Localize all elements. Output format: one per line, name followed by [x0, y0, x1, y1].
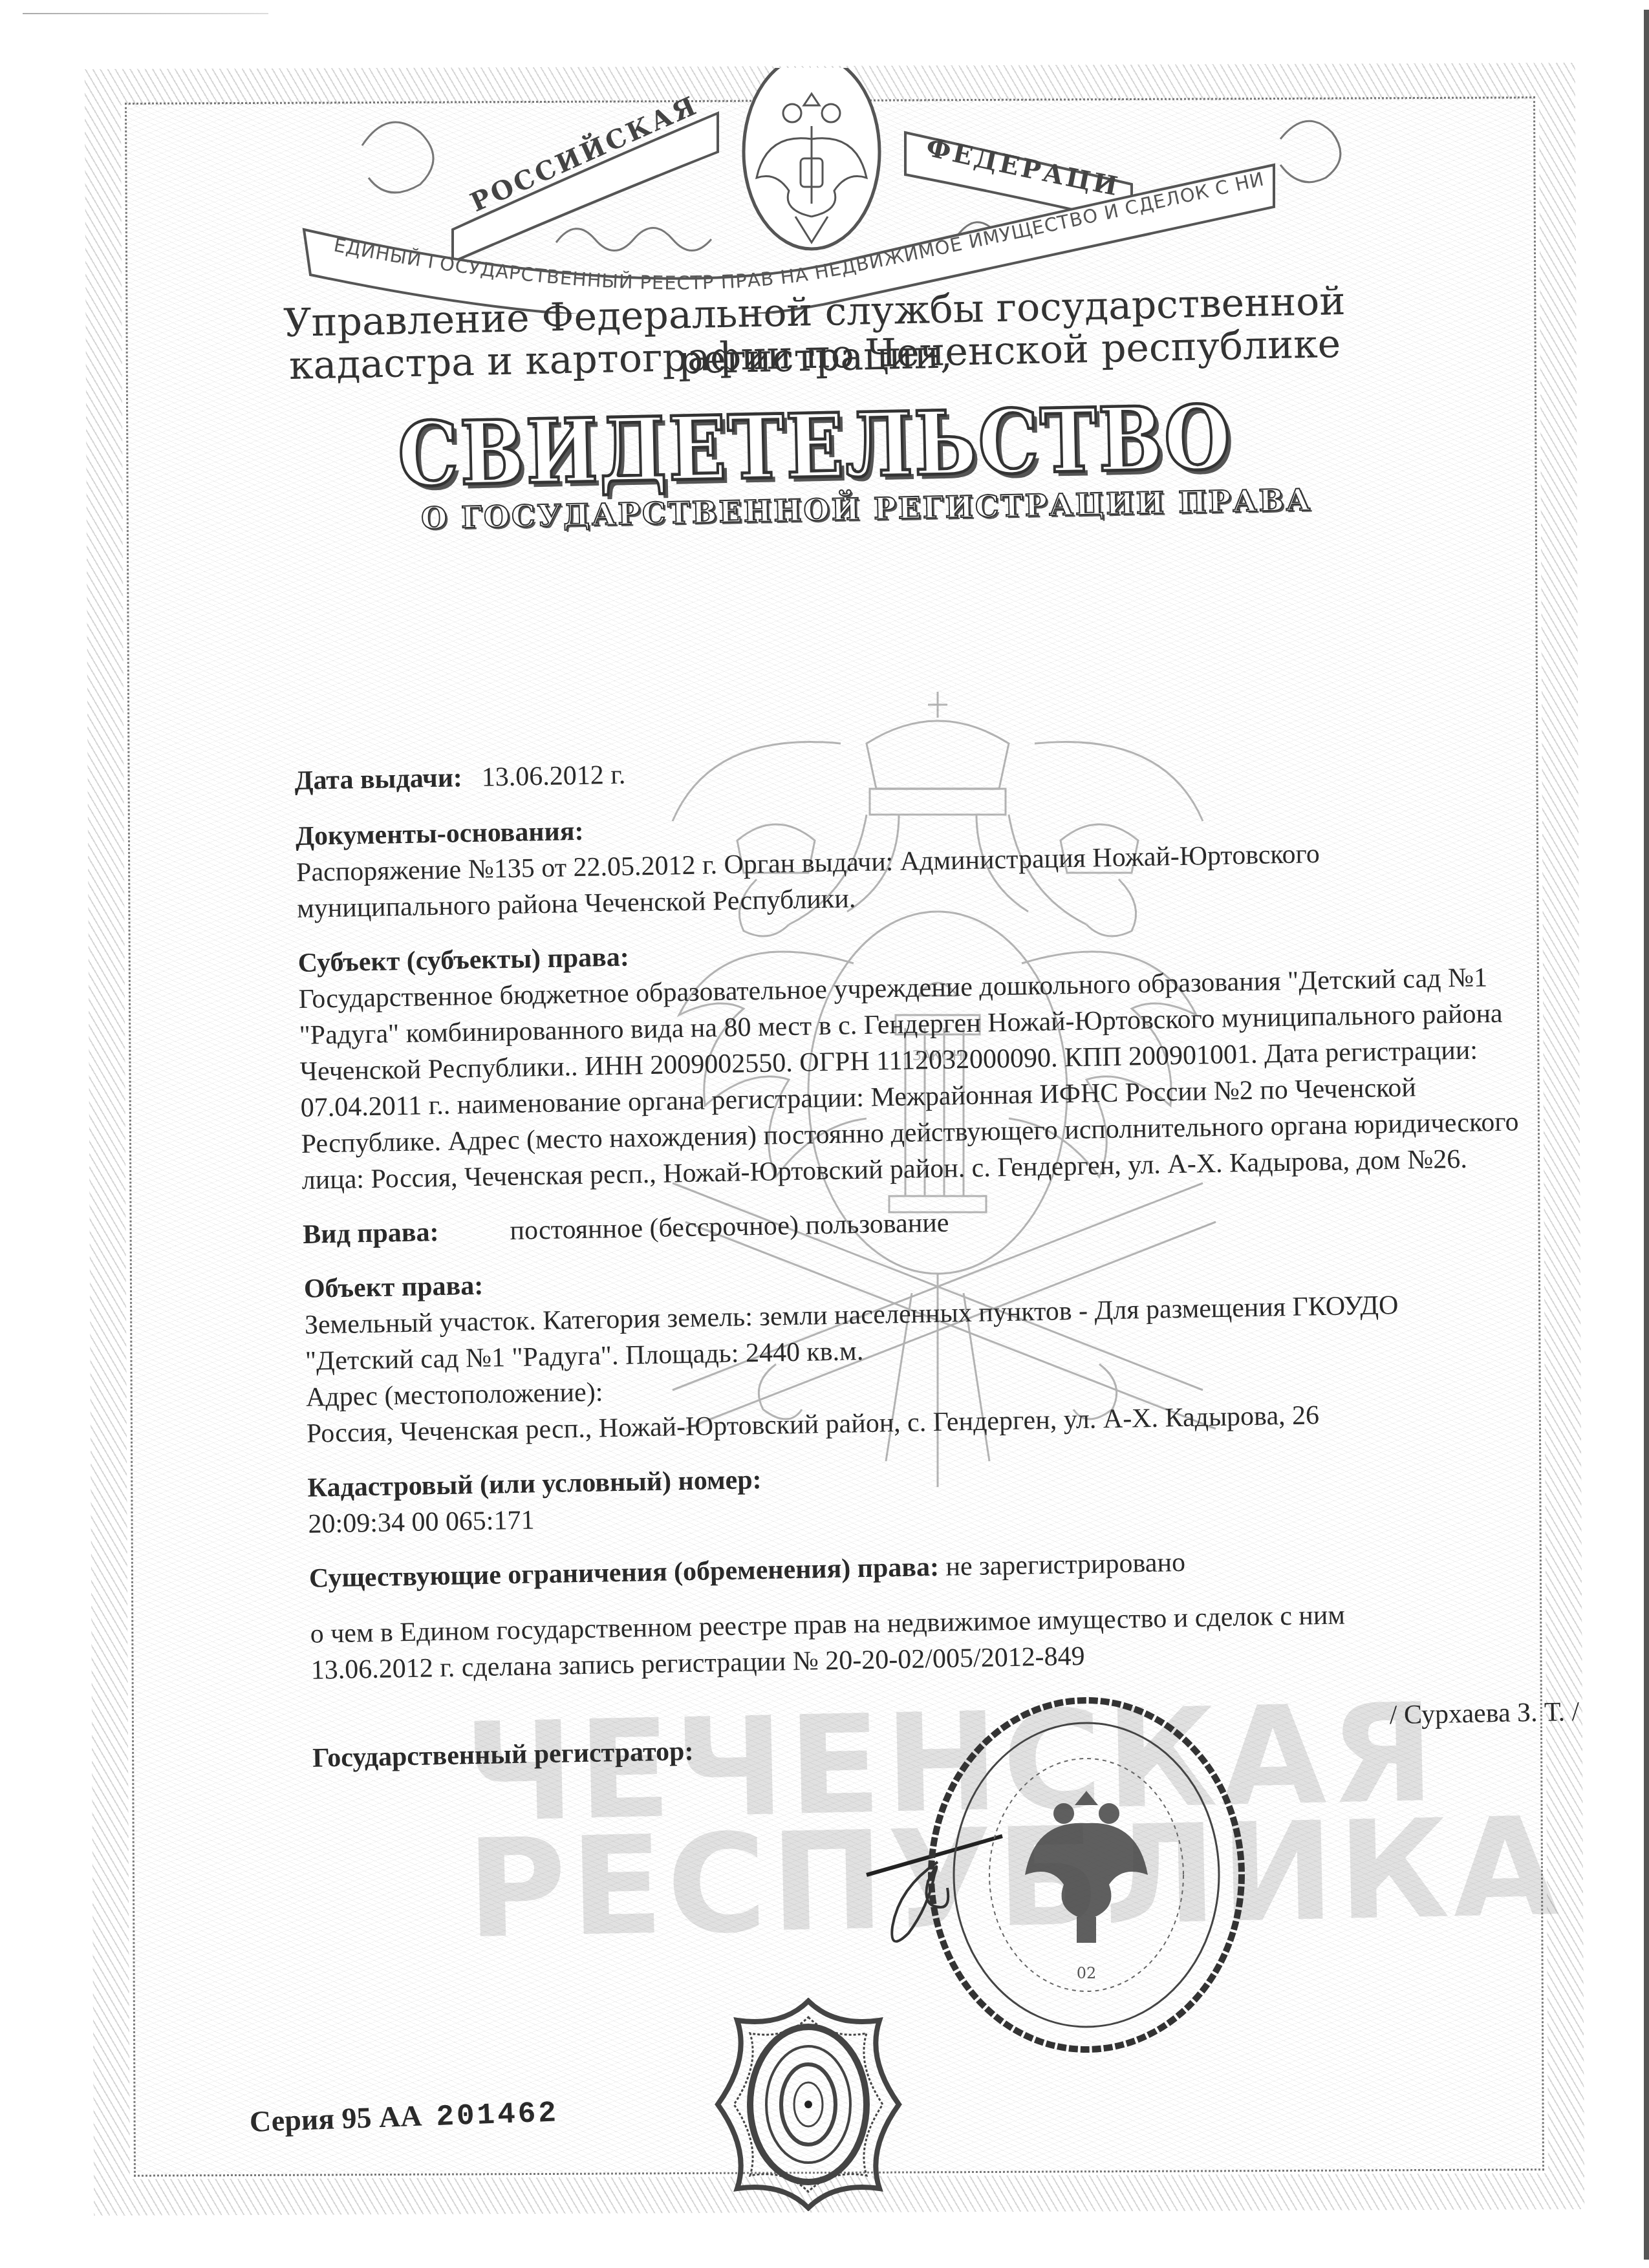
encumbrances-label: Существующие ограничения (обременения) п…	[309, 1552, 940, 1594]
registrar-name: / Сурхаева З. Т. /	[1389, 1694, 1579, 1733]
right-type-label: Вид права:	[303, 1214, 439, 1253]
registrar-label: Государственный регистратор:	[312, 1733, 694, 1777]
issue-date-label: Дата выдачи:	[294, 760, 462, 799]
svg-text:02: 02	[1077, 1964, 1097, 1982]
certificate-body: Дата выдачи: 13.06.2012 г. Документы-осн…	[294, 740, 1580, 1792]
right-type-value: постоянное (бессрочное) пользование	[510, 1205, 949, 1249]
object-section: Объект права: Земельный участок. Категор…	[303, 1248, 1574, 1452]
scan-artifact-line	[23, 13, 268, 14]
issue-date-value: 13.06.2012 г.	[481, 757, 625, 796]
official-seal-icon: 02	[918, 1694, 1255, 2056]
series-serial: 201462	[436, 2096, 559, 2134]
basis-documents-section: Документы-основания: Распоряжение №135 о…	[296, 795, 1565, 927]
cadastral-section: Кадастровый (или условный) номер: 20:09:…	[307, 1447, 1576, 1543]
right-type-row: Вид права: постоянное (бессрочное) польз…	[303, 1193, 1571, 1253]
guilloche-rosette-icon	[711, 1998, 905, 2211]
coat-of-arms-header: РОССИЙСКАЯ ФЕДЕРАЦИЯ ЕДИНЫЙ ГОСУДАРСТВЕН…	[259, 68, 1423, 314]
subjects-value: Государственное бюджетное образовательно…	[298, 958, 1557, 1198]
subjects-section: Субъект (субъекты) права: Государственно…	[297, 922, 1569, 1199]
scan-edge-shadow	[1644, 10, 1649, 2260]
encumbrances-row: Существующие ограничения (обременения) п…	[309, 1537, 1577, 1597]
series-label: Серия 95 АА	[249, 2099, 422, 2138]
registration-record: о чем в Едином государственном реестре п…	[310, 1593, 1579, 1689]
encumbrances-value: не зарегистрировано	[945, 1548, 1185, 1582]
